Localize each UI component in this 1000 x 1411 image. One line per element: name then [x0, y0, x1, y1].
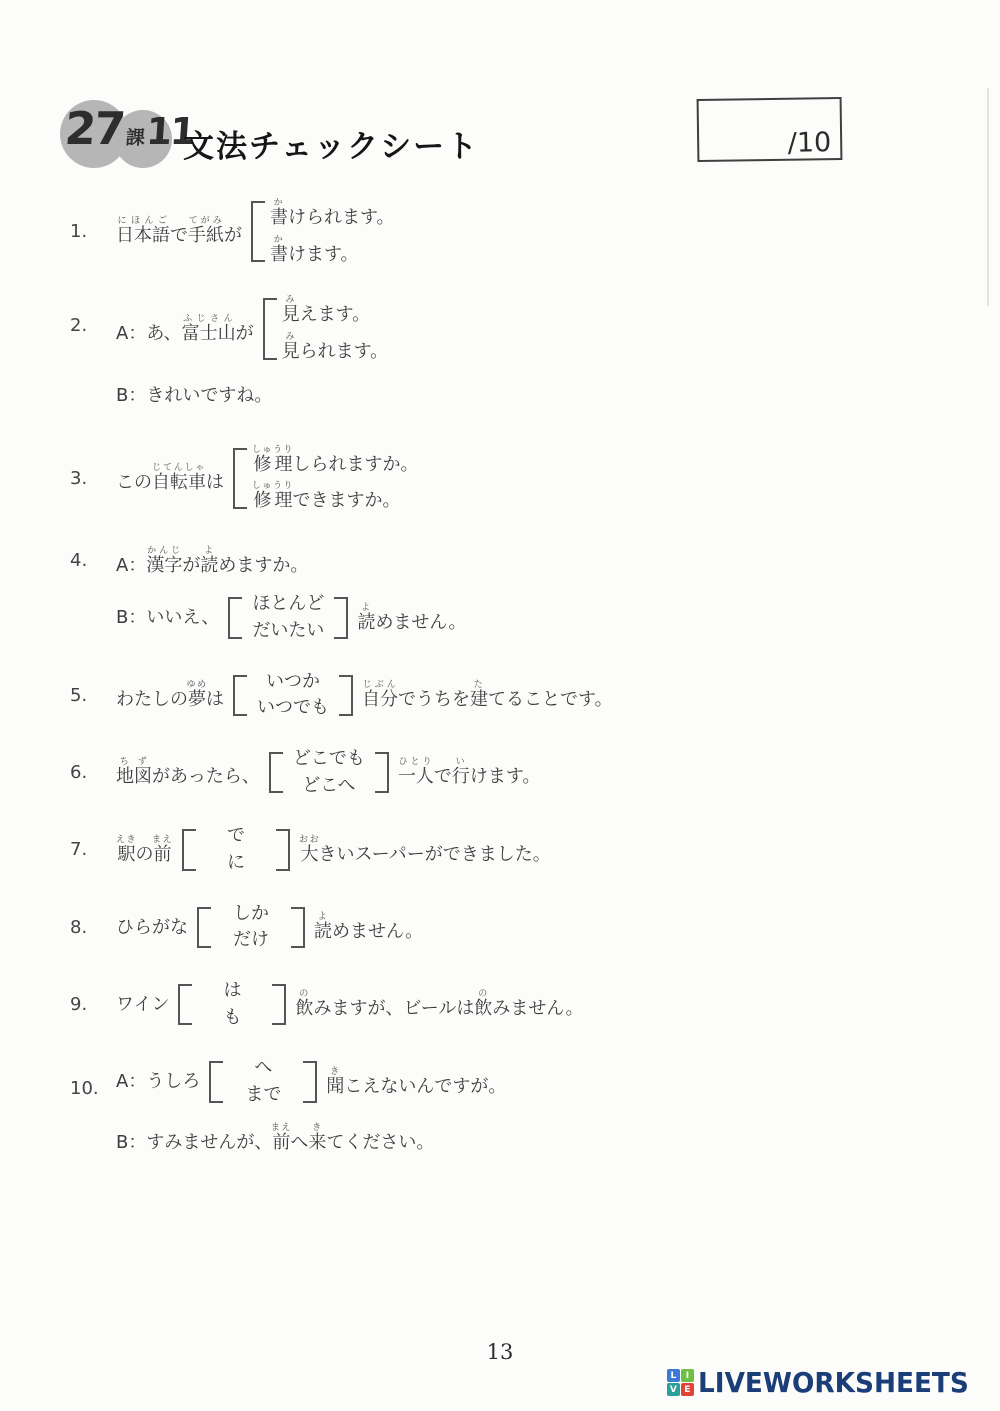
- choice-option[interactable]: 見みられます。: [282, 332, 389, 363]
- question-number: 2.: [70, 293, 116, 336]
- question-line: ひらがなしかだけ読よめません。: [116, 902, 970, 953]
- logo-square: E: [681, 1383, 694, 1396]
- question-text: 自分じぶんでうちを建たてることです。: [362, 680, 613, 711]
- choice-list: はも: [192, 979, 272, 1030]
- lesson-badge: 27 課 11: [58, 94, 188, 178]
- question-text: ワイン: [116, 994, 169, 1016]
- question-line: 駅えきの前まえでに大おおきいスーパーができました。: [116, 824, 970, 875]
- choice-option[interactable]: どこでも: [293, 749, 365, 770]
- question-body: A：漢字かんじが読よめますか。B：いいえ、ほとんどだいたい読よめません。: [116, 540, 970, 643]
- question-number: 10.: [70, 1056, 116, 1099]
- bracket-left: [209, 1061, 223, 1102]
- choice-option[interactable]: 書かけられます。: [270, 198, 395, 229]
- question-text: B：すみませんが、前まえへ来きてください。: [116, 1123, 434, 1154]
- question-number: 5.: [70, 685, 116, 706]
- question-line: 地図ちずがあったら、どこでもどこへ一人ひとりで行いけます。: [116, 747, 970, 798]
- question-text: 地図ちずがあったら、: [116, 757, 260, 788]
- question-line: この自転車じてんしゃは修理しゅうりしられますか。修理しゅうりできますか。: [116, 443, 970, 514]
- choice-option[interactable]: どこへ: [302, 776, 355, 797]
- question-text: B：いいえ、: [116, 607, 219, 629]
- logo-square: I: [681, 1369, 694, 1382]
- choice-bracket-group: ほとんどだいたい: [228, 592, 348, 643]
- choice-list: しかだけ: [211, 902, 291, 953]
- choice-option[interactable]: 書かけます。: [270, 235, 359, 266]
- question-row: 2.A：あ、富士山ふじさんが見みえます。見みられます。B：きれいですね。: [70, 293, 970, 416]
- question-text: わたしの夢ゆめは: [116, 680, 224, 711]
- bracket-right: [272, 984, 286, 1025]
- page-number: 13: [0, 1340, 1000, 1364]
- logo-square: V: [667, 1383, 680, 1396]
- question-body: この自転車じてんしゃは修理しゅうりしられますか。修理しゅうりできますか。: [116, 443, 970, 514]
- question-number: 9.: [70, 994, 116, 1015]
- bracket-left: [233, 448, 247, 509]
- bracket-right: [375, 752, 389, 793]
- worksheet-page: 27 課 11 文法チェックシート /10 1.日本語にほんごで手紙てがみが書か…: [0, 0, 1000, 1411]
- question-line: A：漢字かんじが読よめますか。: [116, 540, 970, 582]
- question-number: 4.: [70, 540, 116, 571]
- choice-option[interactable]: に: [227, 853, 245, 874]
- question-body: 地図ちずがあったら、どこでもどこへ一人ひとりで行いけます。: [116, 747, 970, 798]
- question-row: 10.A：うしろへまで聞きこえないんですが。B：すみませんが、前まえへ来きてくだ…: [70, 1056, 970, 1159]
- question-body: 日本語にほんごで手紙てがみが書かけられます。書かけます。: [116, 196, 970, 267]
- question-row: 3.この自転車じてんしゃは修理しゅうりしられますか。修理しゅうりできますか。: [70, 443, 970, 514]
- bracket-right: [276, 829, 290, 870]
- question-number: 1.: [70, 221, 116, 242]
- choice-option[interactable]: いつでも: [257, 698, 329, 719]
- question-number: 8.: [70, 917, 116, 938]
- choice-option[interactable]: いつか: [266, 672, 320, 693]
- logo-square: L: [667, 1369, 680, 1382]
- choice-bracket-group: 書かけられます。書かけます。: [251, 196, 399, 267]
- bracket-right: [339, 675, 353, 716]
- bracket-left: [197, 907, 211, 948]
- question-row: 1.日本語にほんごで手紙てがみが書かけられます。書かけます。: [70, 196, 970, 267]
- choice-bracket-group: 修理しゅうりしられますか。修理しゅうりできますか。: [233, 443, 423, 514]
- question-number: 3.: [70, 468, 116, 489]
- choice-bracket-group: でに: [182, 824, 290, 875]
- bracket-left: [251, 201, 265, 262]
- choice-option[interactable]: だいたい: [252, 621, 324, 642]
- question-text: 一人ひとりで行いけます。: [398, 757, 541, 788]
- choice-option[interactable]: 修理しゅうりできますか。: [252, 481, 401, 512]
- choice-option[interactable]: 修理しゅうりしられますか。: [252, 445, 419, 476]
- question-line: B：いいえ、ほとんどだいたい読よめません。: [116, 592, 970, 643]
- question-text: 飲のみますが、ビールは飲のみません。: [295, 989, 583, 1020]
- question-text: この自転車じてんしゃは: [116, 463, 224, 494]
- liveworksheets-wordmark: LIVEWORKSHEETS: [698, 1366, 969, 1399]
- question-body: A：うしろへまで聞きこえないんですが。B：すみませんが、前まえへ来きてください。: [116, 1056, 970, 1159]
- bracket-left: [233, 675, 247, 716]
- question-line: A：あ、富士山ふじさんが見みえます。見みられます。: [116, 293, 970, 364]
- choice-list: 見みえます。見みられます。: [277, 293, 393, 364]
- choice-list: 修理しゅうりしられますか。修理しゅうりできますか。: [247, 443, 423, 514]
- question-body: ワインはも飲のみますが、ビールは飲のみません。: [116, 979, 970, 1030]
- choice-list: へまで: [223, 1056, 303, 1107]
- question-row: 8.ひらがなしかだけ読よめません。: [70, 902, 970, 953]
- question-row: 5.わたしの夢ゆめはいつかいつでも自分じぶんでうちを建たてることです。: [70, 670, 970, 721]
- question-text: A：うしろ: [116, 1071, 200, 1093]
- choice-list: ほとんどだいたい: [242, 592, 334, 643]
- question-body: 駅えきの前まえでに大おおきいスーパーができました。: [116, 824, 970, 875]
- score-box[interactable]: /10: [697, 97, 843, 162]
- bracket-left: [269, 752, 283, 793]
- question-number: 6.: [70, 762, 116, 783]
- question-text: A：あ、富士山ふじさんが: [116, 314, 254, 345]
- question-text: 聞きこえないんですが。: [326, 1067, 506, 1098]
- lesson-badge-text: 27 課 11: [63, 102, 196, 155]
- choice-option[interactable]: へ: [254, 1058, 272, 1079]
- choice-option[interactable]: は: [223, 981, 241, 1002]
- questions-list: 1.日本語にほんごで手紙てがみが書かけられます。書かけます。2.A：あ、富士山ふ…: [70, 196, 970, 1186]
- bracket-left: [263, 298, 277, 359]
- choice-list: でに: [196, 824, 276, 875]
- question-line: わたしの夢ゆめはいつかいつでも自分じぶんでうちを建たてることです。: [116, 670, 970, 721]
- liveworksheets-logo-icon: LIVE: [667, 1369, 694, 1396]
- choice-list: いつかいつでも: [247, 670, 339, 721]
- page-title: 文法チェックシート: [183, 121, 479, 166]
- choice-bracket-group: 見みえます。見みられます。: [263, 293, 393, 364]
- choice-bracket-group: いつかいつでも: [233, 670, 353, 721]
- question-row: 9.ワインはも飲のみますが、ビールは飲のみません。: [70, 979, 970, 1030]
- question-text: ひらがな: [116, 917, 188, 939]
- question-body: A：あ、富士山ふじさんが見みえます。見みられます。B：きれいですね。: [116, 293, 970, 416]
- question-body: ひらがなしかだけ読よめません。: [116, 902, 970, 953]
- question-line: B：きれいですね。: [116, 375, 970, 417]
- question-text: 大おおきいスーパーができました。: [299, 835, 551, 866]
- question-row: 4.A：漢字かんじが読よめますか。B：いいえ、ほとんどだいたい読よめません。: [70, 540, 970, 643]
- choice-list: どこでもどこへ: [283, 747, 375, 798]
- choice-option[interactable]: ほとんど: [252, 594, 324, 615]
- lesson-kanji: 課: [125, 123, 146, 150]
- question-line: A：うしろへまで聞きこえないんですが。: [116, 1056, 970, 1107]
- bracket-left: [228, 597, 242, 638]
- choice-bracket-group: しかだけ: [197, 902, 305, 953]
- question-text: 読よめません。: [357, 603, 466, 634]
- question-line: ワインはも飲のみますが、ビールは飲のみません。: [116, 979, 970, 1030]
- question-text: A：漢字かんじが読よめますか。: [116, 546, 308, 577]
- question-row: 6.地図ちずがあったら、どこでもどこへ一人ひとりで行いけます。: [70, 747, 970, 798]
- choice-list: 書かけられます。書かけます。: [265, 196, 399, 267]
- bracket-right: [303, 1061, 317, 1102]
- question-number: 7.: [70, 839, 116, 860]
- liveworksheets-logo: LIVE LIVEWORKSHEETS: [667, 1366, 986, 1399]
- question-text: 読よめません。: [314, 912, 423, 943]
- choice-option[interactable]: だけ: [233, 930, 269, 951]
- question-text: B：きれいですね。: [116, 385, 272, 407]
- question-line: 日本語にほんごで手紙てがみが書かけられます。書かけます。: [116, 196, 970, 267]
- question-text: 駅えきの前まえ: [116, 835, 173, 866]
- choice-bracket-group: へまで: [209, 1056, 317, 1107]
- lesson-number: 27: [63, 102, 125, 155]
- choice-option[interactable]: しか: [233, 904, 269, 925]
- score-label: /10: [788, 127, 832, 159]
- question-line: B：すみませんが、前まえへ来きてください。: [116, 1118, 970, 1160]
- bracket-right: [334, 597, 348, 638]
- scan-artifact-line: [987, 88, 989, 306]
- choice-bracket-group: はも: [178, 979, 286, 1030]
- choice-option[interactable]: も: [223, 1008, 241, 1029]
- bracket-left: [178, 984, 192, 1025]
- bracket-right: [291, 907, 305, 948]
- bracket-left: [182, 829, 196, 870]
- question-body: わたしの夢ゆめはいつかいつでも自分じぶんでうちを建たてることです。: [116, 670, 970, 721]
- choice-option[interactable]: 見みえます。: [282, 295, 371, 326]
- choice-option[interactable]: で: [227, 826, 245, 847]
- question-row: 7.駅えきの前まえでに大おおきいスーパーができました。: [70, 824, 970, 875]
- choice-option[interactable]: まで: [245, 1085, 281, 1106]
- question-text: 日本語にほんごで手紙てがみが: [116, 216, 242, 247]
- choice-bracket-group: どこでもどこへ: [269, 747, 389, 798]
